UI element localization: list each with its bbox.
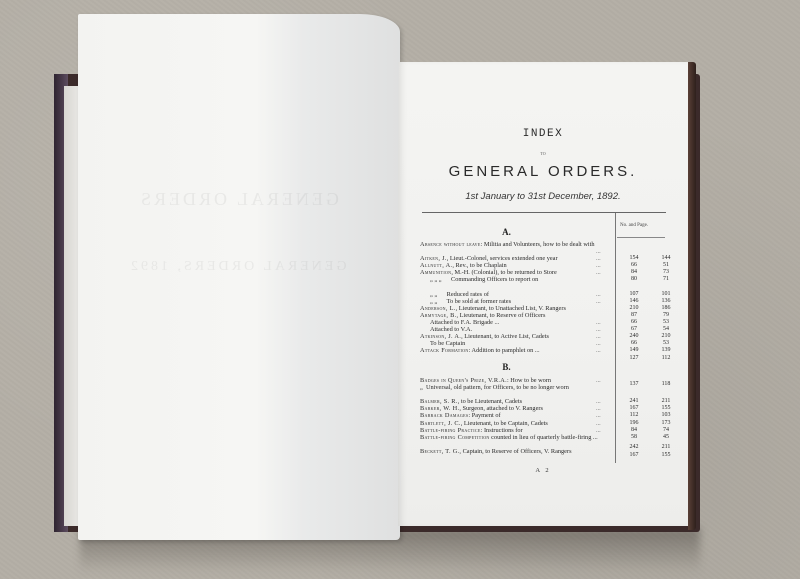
show-through-text: GENERAL ORDERS	[138, 189, 339, 210]
index-entry: „ „ „ Commanding Officers to report on 8…	[420, 276, 686, 290]
photo-scene: GENERAL ORDERS GENERAL ORDERS, 1892 INDE…	[0, 0, 800, 579]
index-entry: Barrack Damages: Payment of ... 112 103	[420, 412, 686, 419]
index-entry: Attack Formation: Addition to pamphlet o…	[420, 347, 686, 354]
index-entry: „ „ To be sold at former rates ... 146 1…	[420, 298, 686, 305]
show-through-text: GENERAL ORDERS, 1892	[128, 259, 347, 275]
section-letter-b: B.	[398, 362, 615, 372]
index-entry: Armytage, B., Lieutenant, to Reserve of …	[420, 312, 686, 319]
index-entry: Balmer, S. R., to be Lieutenant, Cadets …	[420, 398, 686, 405]
index-entry: Attached to V.A. ... 67 54	[420, 326, 686, 333]
header-rule	[422, 212, 666, 213]
column-header: No. and Page.	[620, 223, 648, 228]
book-cover-edge-right	[688, 62, 696, 530]
index-entry: Barker, W. H., Surgeon, attached to V. R…	[420, 405, 686, 412]
index-entry: „ Universal, old pattern, for Officers, …	[420, 384, 686, 398]
index-heading: INDEX	[398, 128, 688, 140]
index-entry: Ammunition, M.-H. (Colonial), to be retu…	[420, 269, 686, 276]
index-entry: 167 155	[420, 455, 686, 462]
section-b-entries: Badges in Queen's Prize, V.R.A.: How to …	[420, 377, 686, 462]
left-page-blank: GENERAL ORDERS GENERAL ORDERS, 1892	[78, 14, 400, 540]
index-entry: Anderson, L., Lieutenant, to Unattached …	[420, 305, 686, 312]
index-entry: Absence without leave: Militia and Volun…	[420, 241, 686, 255]
index-entry: Beckett, T. G., Captain, to Reserve of O…	[420, 448, 686, 455]
index-entry: 127 112	[420, 355, 686, 362]
index-entry: Aitken, J., Lieut.-Colonel, services ext…	[420, 255, 686, 262]
index-entry: „ „ Reduced rates of ... 107 101	[420, 291, 686, 298]
page-folio: A 2	[398, 467, 688, 474]
column-header-rule	[617, 237, 665, 238]
index-entry: Atkinson, J. A., Lieutenant, to Active L…	[420, 333, 686, 340]
index-entry: Attached to F.A. Brigade ... ... 66 53	[420, 319, 686, 326]
index-entry: Battle-firing Competition counted in lie…	[420, 434, 686, 448]
page-title: GENERAL ORDERS.	[398, 163, 688, 180]
index-heading-to: TO	[398, 151, 688, 156]
right-page-index: INDEX TO GENERAL ORDERS. 1st January to …	[398, 62, 688, 526]
index-entry: Bartlett, J. C., Lieutenant, to be Capta…	[420, 420, 686, 427]
index-entry: Badges in Queen's Prize, V.R.A.: How to …	[420, 377, 686, 384]
section-a-entries: Absence without leave: Militia and Volun…	[420, 241, 686, 362]
index-entry: Battle-firing Practice: Instructions for…	[420, 427, 686, 434]
index-entry: To be Captain ... 66 53	[420, 340, 686, 347]
section-letter-a: A.	[398, 227, 615, 237]
index-entry: Allnutt, A., Rev., to be Chaplain ... 66…	[420, 262, 686, 269]
date-range: 1st January to 31st December, 1892.	[398, 191, 688, 202]
